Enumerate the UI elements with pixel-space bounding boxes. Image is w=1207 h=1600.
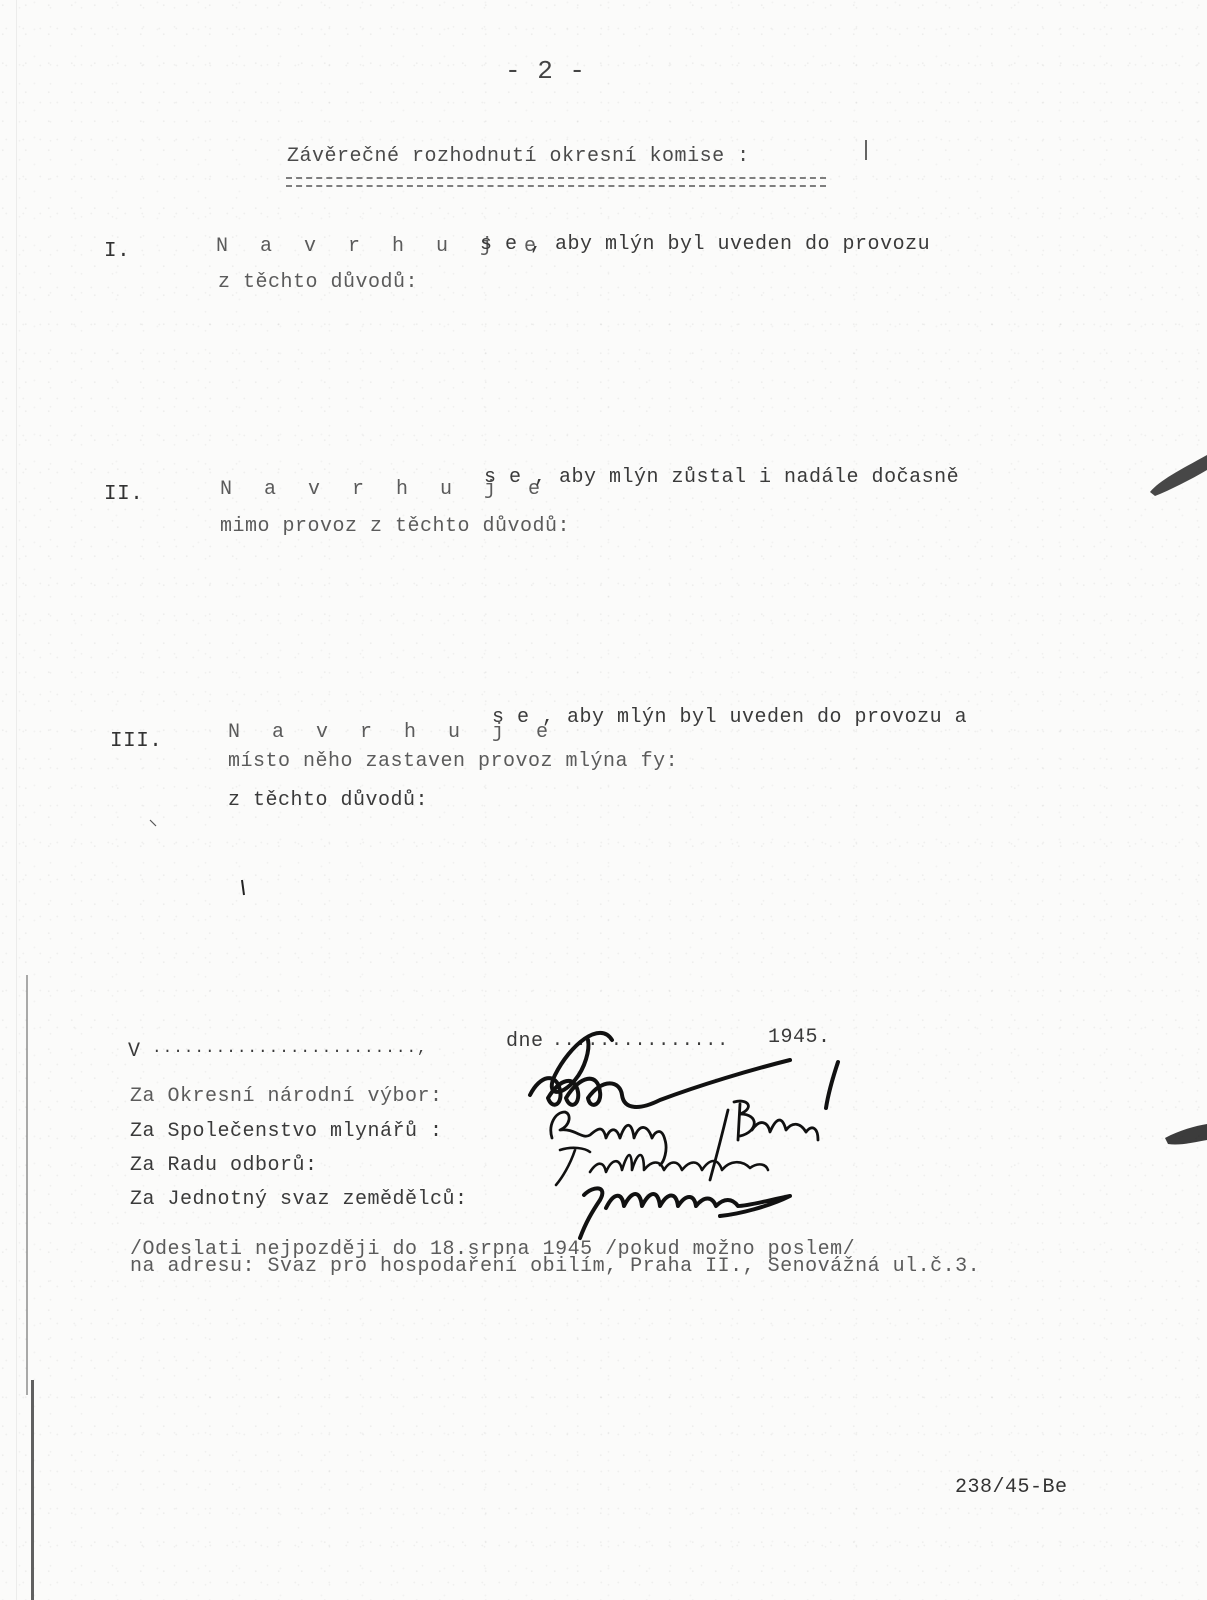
section-numeral: I. [104, 241, 130, 262]
reference-number: 238/45-Be [955, 1478, 1068, 1498]
note-line: na adresu: Svaz pro hospodaření obilím, … [130, 1257, 980, 1277]
place-blank: ........................., [152, 1040, 428, 1056]
document-heading: Závěrečné rozhodnutí okresní komise : [287, 147, 750, 167]
signatory-label: Za Jednotný svaz zemědělců: [130, 1190, 468, 1210]
section-reason-line: místo něho zastaven provoz mlýna fy: [228, 752, 678, 772]
section-lead-text: s e , aby mlýn byl uveden do provozu a [492, 708, 967, 728]
date-blank: ............... [552, 1032, 729, 1050]
document-page: - 2 - Závěrečné rozhodnutí okresní komis… [0, 0, 1207, 1600]
section-numeral: II. [104, 484, 143, 505]
scan-edge-line [31, 1380, 34, 1600]
signature-spolecenstvo-mlynaru-1 [551, 1112, 666, 1165]
section-reason-line: mimo provoz z těchto důvodů: [220, 517, 570, 537]
signature-rada-odboru [556, 1148, 768, 1185]
section-reason-line: z těchto důvodů: [218, 273, 418, 293]
signature-jednotny-svaz-zemedelcu [580, 1188, 790, 1238]
year: 1945. [768, 1028, 831, 1048]
heading-double-underline [286, 177, 826, 187]
page-number: - 2 - [505, 58, 586, 84]
section-numeral: III. [110, 731, 162, 752]
section-lead-text: s e , aby mlýn zůstal i nadále dočasně [484, 468, 959, 488]
signatory-label: Za Okresní národní výbor: [130, 1087, 443, 1107]
section-reason-line: z těchto důvodů: [228, 791, 428, 811]
scan-edge-line [26, 975, 28, 1395]
signatory-label: Za Společenstvo mlynářů : [130, 1122, 443, 1142]
scan-edge-shadow [16, 0, 17, 1600]
signatory-label: Za Radu odborů: [130, 1156, 318, 1176]
date-label: dne [506, 1032, 544, 1052]
binding-marks [1150, 455, 1207, 1145]
place-prefix: V [128, 1042, 141, 1062]
section-lead-text: s e , aby mlýn byl uveden do provozu [480, 235, 930, 255]
signature-spolecenstvo-mlynaru-2 [710, 1101, 818, 1180]
